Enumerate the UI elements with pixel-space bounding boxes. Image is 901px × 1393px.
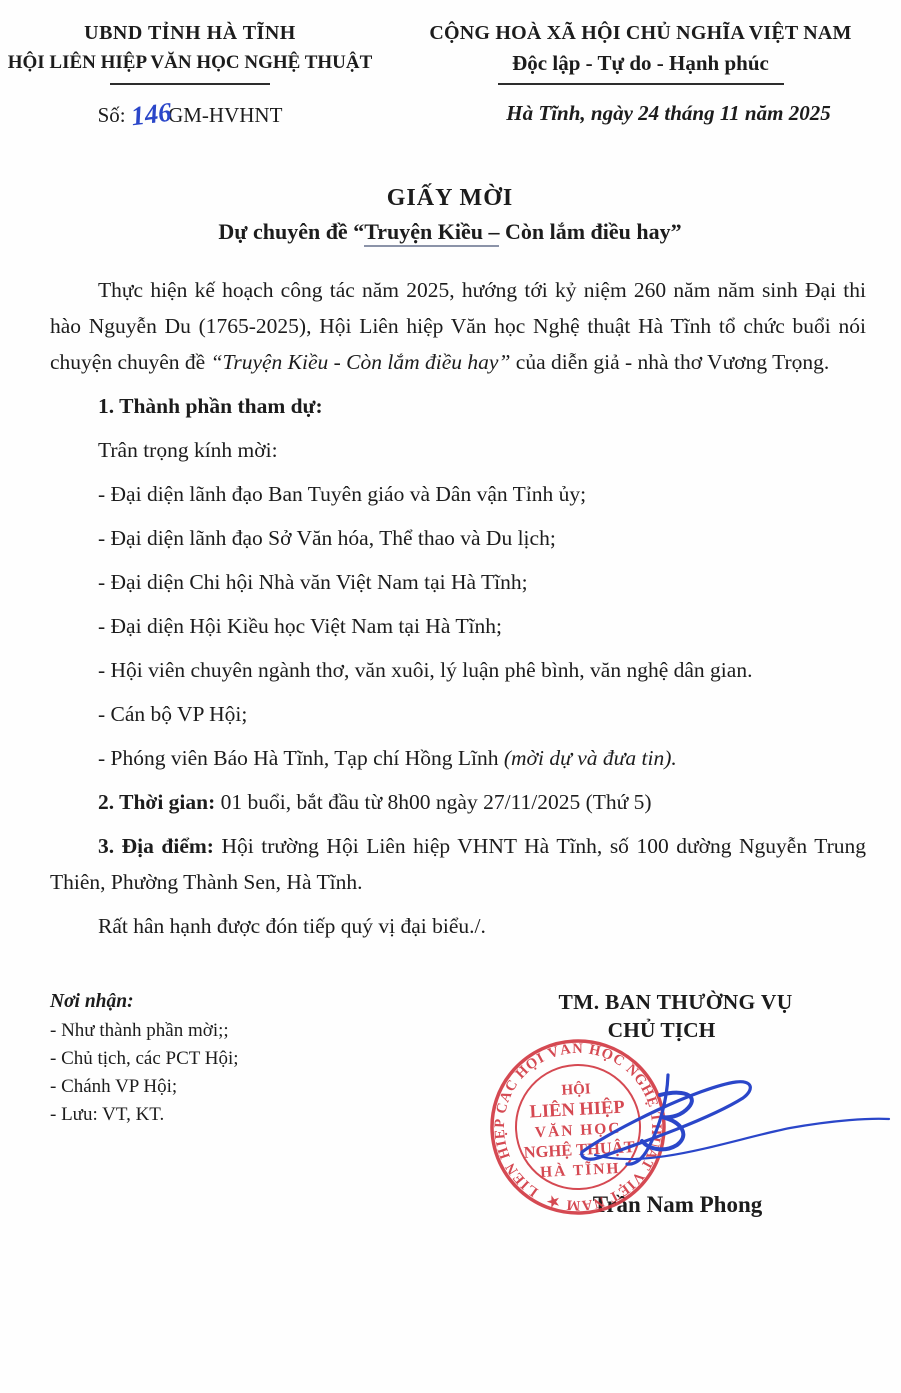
press-item-text: - Phóng viên Báo Hà Tĩnh, Tạp chí Hồng L… [98,746,504,770]
subtitle-underlined-part: Truyện Kiều – [364,219,499,247]
attendee-item: - Hội viên chuyên ngành thơ, văn xuôi, l… [50,652,866,688]
issuing-org-block: UBND TỈNH HÀ TĨNH HỘI LIÊN HIỆP VĂN HỌC … [0,20,380,129]
title-block: GIẤY MỜI Dự chuyên đề “Truyện Kiều – Còn… [40,183,860,247]
subtitle-suffix: Còn lắm điều hay” [499,219,681,244]
invitation-document-page: UBND TỈNH HÀ TĨNH HỘI LIÊN HIỆP VĂN HỌC … [0,0,901,1393]
closing-line: Rất hân hạnh được đón tiếp quý vị đại bi… [50,908,866,944]
section2-label: 2. Thời gian: [98,790,215,814]
recipient-item: - Chánh VP Hội; [50,1073,390,1100]
attendee-item: - Đại diện lãnh đạo Sở Văn hóa, Thể thao… [50,520,866,556]
issuing-org-name: HỘI LIÊN HIỆP VĂN HỌC NGHỆ THUẬT [0,50,380,76]
section2-time: 2. Thời gian: 01 buổi, bắt đầu từ 8h00 n… [50,784,866,820]
section3-location: 3. Địa điểm: Hội trường Hội Liên hiệp VH… [50,828,866,900]
subtitle-prefix: Dự chuyên đề “ [218,219,364,244]
handwritten-document-number: 146 [129,97,173,133]
intro-topic-italic: “Truyện Kiều - Còn lắm điều hay” [211,350,511,374]
attendee-item: - Đại diện lãnh đạo Ban Tuyên giáo và Dâ… [50,476,866,512]
issuing-org-parent: UBND TỈNH HÀ TĨNH [0,20,380,46]
place-and-date: Hà Tĩnh, ngày 24 tháng 11 năm 2025 [408,101,901,126]
document-number-suffix: GM-HVHNT [168,103,282,127]
recipient-item: - Như thành phần mời;; [50,1017,390,1044]
section3-label: 3. Địa điểm: [98,834,214,858]
recipient-item: - Lưu: VT, KT. [50,1101,390,1128]
attendee-item-press: - Phóng viên Báo Hà Tĩnh, Tạp chí Hồng L… [50,740,866,776]
press-item-note-italic: (mời dự và đưa tin). [504,746,677,770]
document-number: Số:146GM-HVHNT [0,98,380,129]
document-subtitle: Dự chuyên đề “Truyện Kiều – Còn lắm điều… [40,217,860,247]
recipients-heading: Nơi nhận: [50,988,390,1016]
intro-part3: của diễn giả - nhà thơ Vương Trọng. [510,350,829,374]
document-body: Thực hiện kế hoạch công tác năm 2025, hư… [50,272,866,952]
attendee-item: - Cán bộ VP Hội; [50,696,866,732]
document-title: GIẤY MỜI [40,183,860,213]
document-header: UBND TỈNH HÀ TĨNH HỘI LIÊN HIỆP VĂN HỌC … [0,20,901,129]
section1-heading: 1. Thành phần tham dự: [50,388,866,424]
recipient-item: - Chủ tịch, các PCT Hội; [50,1045,390,1072]
on-behalf-line: TM. BAN THƯỜNG VỤ [450,988,901,1016]
document-number-label: Số: [98,103,126,127]
motto-underline [498,83,784,85]
intro-paragraph: Thực hiện kế hoạch công tác năm 2025, hư… [50,272,866,380]
attendee-item: - Đại diện Hội Kiều học Việt Nam tại Hà … [50,608,866,644]
national-motto: Độc lập - Tự do - Hạnh phúc [380,50,901,76]
handwritten-signature [540,1040,901,1190]
signature-tail-stroke [595,1119,889,1159]
national-name: CỘNG HOÀ XÃ HỘI CHỦ NGHĨA VIỆT NAM [380,20,901,46]
section1-intro: Trân trọng kính mời: [50,432,866,468]
national-header-block: CỘNG HOÀ XÃ HỘI CHỦ NGHĨA VIỆT NAM Độc l… [380,20,901,129]
attendee-item: - Đại diện Chi hội Nhà văn Việt Nam tại … [50,564,866,600]
recipients-block: Nơi nhận: - Như thành phần mời;; - Chủ t… [50,988,390,1129]
org-name-underline [110,83,270,85]
section2-text: 01 buổi, bắt đầu từ 8h00 ngày 27/11/2025… [215,790,651,814]
